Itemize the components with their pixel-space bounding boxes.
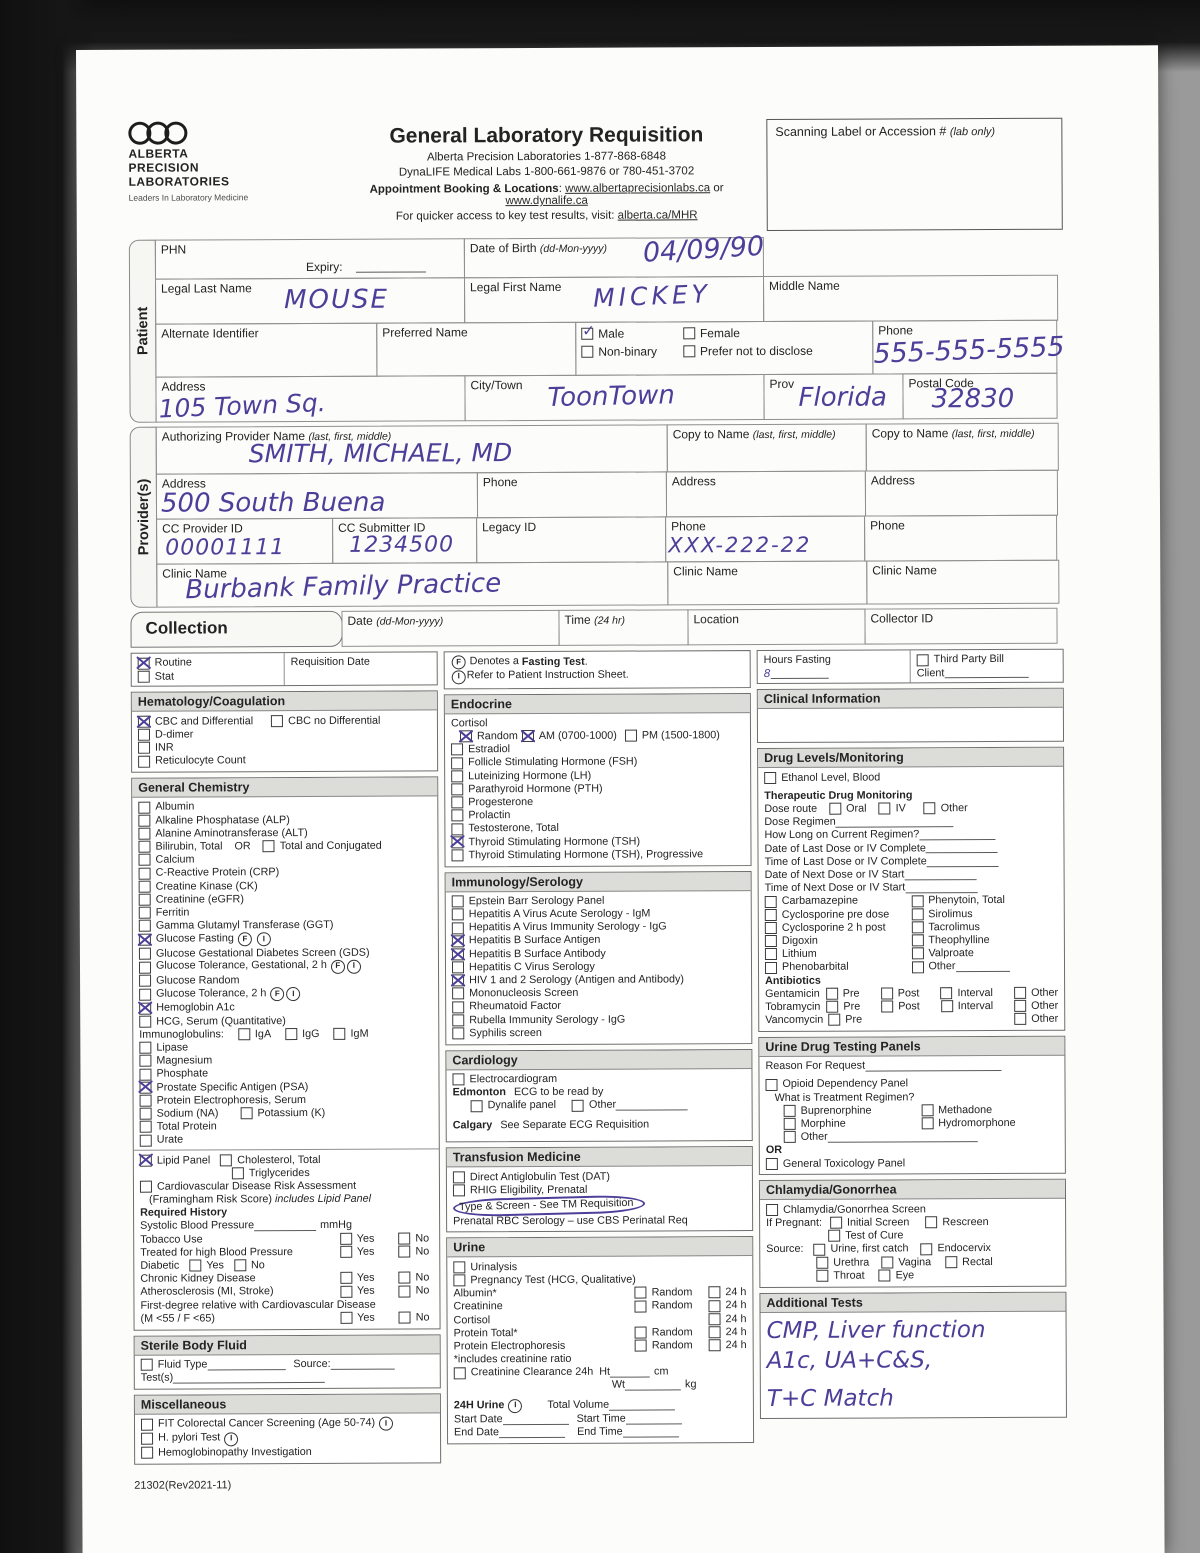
copy1-name-field[interactable]: Copy to Name (last, first, middle) — [667, 424, 867, 473]
blank-line[interactable] — [173, 1372, 325, 1384]
label: Estradiol — [468, 743, 510, 756]
label: Other — [928, 961, 955, 974]
unchecked-checkbox[interactable] — [138, 755, 150, 767]
unchecked-checkbox[interactable] — [572, 1099, 584, 1111]
preferred-name-field[interactable]: Preferred Name — [376, 322, 576, 377]
unchecked-checkbox[interactable] — [784, 1131, 796, 1143]
label: Hepatitis C Virus Serology — [469, 961, 595, 974]
row-systolic-blood-pressure: Systolic Blood PressuremmHg — [140, 1219, 433, 1233]
copy2-phone-field[interactable]: Phone — [864, 515, 1057, 562]
unchecked-checkbox[interactable] — [452, 1074, 464, 1086]
label: Carbamazepine — [782, 895, 858, 908]
row-magnesium: Magnesium — [139, 1053, 432, 1067]
unchecked-checkbox[interactable] — [452, 1001, 464, 1013]
patient-phone-field[interactable]: Phone 555-555-5555 — [872, 320, 1057, 375]
unchecked-checkbox[interactable] — [451, 783, 463, 795]
label: 24H Urine — [454, 1399, 507, 1412]
spacer — [215, 1318, 340, 1319]
unchecked-checkbox[interactable] — [139, 1016, 151, 1028]
row-syphilis-screen: Syphilis screen — [452, 1026, 745, 1040]
unchecked-checkbox[interactable] — [139, 989, 151, 1001]
expiry-blank[interactable] — [356, 261, 426, 272]
blank-line[interactable] — [331, 1358, 395, 1369]
label: Creatine Kinase (CK) — [156, 880, 258, 893]
unchecked-checkbox[interactable] — [826, 988, 838, 1000]
unchecked-checkbox[interactable] — [139, 867, 151, 879]
unchecked-checkbox[interactable] — [340, 1285, 352, 1297]
authorizing-provider-field[interactable]: Authorizing Provider Name (last, first, … — [156, 424, 668, 474]
row-dynalife-panel: Dynalife panelOther — [453, 1098, 746, 1112]
unchecked-checkbox[interactable] — [141, 1433, 153, 1445]
label: *includes creatinine ratio — [454, 1353, 572, 1366]
split-subcolumn: Hours Fasting8 — [758, 650, 910, 683]
unchecked-checkbox[interactable] — [879, 803, 891, 815]
unchecked-checkbox[interactable] — [709, 1339, 721, 1351]
unchecked-checkbox[interactable] — [765, 935, 777, 947]
row-hepatitis-b-surface-antibody: Hepatitis B Surface Antibody — [452, 946, 745, 960]
row-diabetic: DiabeticYesNo — [140, 1258, 433, 1272]
checked-checkbox[interactable] — [140, 1154, 152, 1166]
unchecked-checkbox[interactable] — [399, 1272, 411, 1284]
gender-female-option[interactable]: Female — [683, 326, 813, 341]
unchecked-checkbox[interactable] — [879, 1269, 891, 1281]
copy2-name-field[interactable]: Copy to Name (last, first, middle) — [866, 423, 1059, 472]
label: Opioid Dependency Panel — [782, 1078, 908, 1091]
patient-address-field[interactable]: Address 105 Town Sq. — [155, 375, 465, 422]
label: OR — [766, 1144, 782, 1157]
unchecked-checkbox[interactable] — [925, 1216, 937, 1228]
unchecked-checkbox[interactable] — [138, 828, 150, 840]
unchecked-checkbox[interactable] — [911, 921, 923, 933]
unchecked-checkbox[interactable] — [140, 1108, 152, 1120]
unchecked-checkbox[interactable] — [454, 1367, 466, 1379]
label: Hemoglobinopathy Investigation — [158, 1446, 312, 1459]
unchecked-checkbox[interactable] — [453, 1184, 465, 1196]
label: Endocervix — [937, 1242, 990, 1255]
legacy-id-field[interactable]: Legacy ID — [476, 516, 666, 563]
unchecked-checkbox[interactable] — [452, 988, 464, 1000]
label — [291, 670, 294, 683]
unchecked-checkbox[interactable] — [138, 841, 150, 853]
unchecked-checkbox[interactable] — [828, 1230, 840, 1242]
dob-field[interactable]: Date of Birth (dd-Mon-yyyy) 04/09/90 — [464, 237, 764, 278]
unchecked-checkbox[interactable] — [238, 1028, 250, 1040]
row-test-s: Test(s) — [141, 1370, 434, 1384]
blank-line[interactable] — [503, 1414, 569, 1425]
unchecked-checkbox[interactable] — [1014, 987, 1026, 999]
unchecked-checkbox[interactable] — [263, 840, 275, 852]
unchecked-checkbox[interactable] — [829, 803, 841, 815]
unchecked-checkbox[interactable] — [139, 961, 151, 973]
female-checkbox[interactable] — [683, 327, 695, 339]
label: Stat — [155, 670, 174, 683]
prefer-not-checkbox[interactable] — [683, 345, 695, 357]
checked-checkbox[interactable] — [522, 730, 534, 742]
unchecked-checkbox[interactable] — [881, 987, 893, 999]
row-date-of-last-dose-or-iv-complete: Date of Last Dose or IV Complete — [764, 841, 1057, 855]
unchecked-checkbox[interactable] — [141, 1359, 153, 1371]
unchecked-checkbox[interactable] — [340, 1272, 352, 1284]
blank-line[interactable] — [609, 1399, 675, 1410]
label: Gentamicin — [765, 987, 820, 1000]
unchecked-checkbox[interactable] — [139, 907, 151, 919]
label: Creatinine (eGFR) — [156, 893, 244, 906]
unchecked-checkbox[interactable] — [826, 1001, 838, 1013]
unchecked-checkbox[interactable] — [139, 948, 151, 960]
split-subcolumn: Requisition Date — [284, 652, 437, 685]
clinic-name-field[interactable]: Clinic Name Burbank Family Practice — [156, 561, 668, 607]
unchecked-checkbox[interactable] — [471, 1100, 483, 1112]
collection-date-field[interactable]: Date (dd-Mon-yyyy) — [341, 610, 559, 647]
unchecked-checkbox[interactable] — [635, 1300, 647, 1312]
checked-checkbox[interactable] — [138, 657, 150, 669]
blank-line[interactable] — [919, 829, 995, 840]
blank-line[interactable] — [926, 842, 998, 853]
unchecked-checkbox[interactable] — [635, 1287, 647, 1299]
unchecked-checkbox[interactable] — [340, 1233, 352, 1245]
copy2-clinic-field[interactable]: Clinic Name — [866, 560, 1059, 605]
unchecked-checkbox[interactable] — [451, 810, 463, 822]
unchecked-checkbox[interactable] — [398, 1246, 410, 1258]
unchecked-checkbox[interactable] — [453, 1171, 465, 1183]
label: Total Volume — [547, 1399, 609, 1412]
unchecked-checkbox[interactable] — [399, 1285, 411, 1297]
unchecked-checkbox[interactable] — [917, 654, 929, 666]
scanned-form-paper: ALBERTA PRECISION LABORATORIES Leaders I… — [76, 45, 1165, 1553]
unchecked-checkbox[interactable] — [921, 1104, 933, 1116]
row-ferritin: Ferritin — [139, 905, 432, 919]
nonbinary-checkbox[interactable] — [581, 346, 593, 358]
unchecked-checkbox[interactable] — [334, 1028, 346, 1040]
handwriting: 8 — [764, 668, 771, 681]
location-field[interactable]: Location — [687, 609, 865, 646]
label: Calgary — [453, 1119, 493, 1132]
unchecked-checkbox[interactable] — [765, 962, 777, 974]
copy2-address-field[interactable]: Address — [865, 470, 1058, 517]
unchecked-checkbox[interactable] — [138, 670, 150, 682]
gender-male-option[interactable]: ✓ Male — [581, 326, 657, 340]
row-therapeutic-drug-monitoring: Therapeutic Drug Monitoring — [764, 788, 1057, 802]
middle-name-field[interactable]: Middle Name — [763, 275, 1058, 322]
unchecked-checkbox[interactable] — [139, 894, 151, 906]
label: Protein Total* — [454, 1327, 518, 1340]
label: Eye — [896, 1269, 915, 1282]
postal-code-field[interactable]: Postal Code 32830 — [902, 373, 1057, 420]
unchecked-checkbox[interactable] — [816, 1270, 828, 1282]
blank-line[interactable] — [944, 667, 1028, 678]
unchecked-checkbox[interactable] — [452, 1014, 464, 1026]
unchecked-checkbox[interactable] — [911, 961, 923, 973]
copy1-clinic-field[interactable]: Clinic Name — [667, 561, 867, 606]
checked-checkbox[interactable] — [452, 935, 464, 947]
unchecked-checkbox[interactable] — [285, 1028, 297, 1040]
unchecked-checkbox[interactable] — [139, 1055, 151, 1067]
row-glucose-tolerance-2-h: Glucose Tolerance, 2 h FI — [139, 986, 432, 1002]
label: (Framingham Risk Score) — [149, 1193, 275, 1206]
unchecked-checkbox[interactable] — [240, 1107, 252, 1119]
provider-phone-field[interactable]: Phone — [477, 471, 667, 518]
handwriting: CMP, Liver function — [767, 1315, 986, 1346]
label: Cyclosporine pre dose — [782, 908, 889, 921]
unchecked-checkbox[interactable] — [452, 961, 464, 973]
last-name-field[interactable]: Legal Last Name MOUSE — [155, 277, 465, 324]
row-estradiol: Estradiol — [451, 742, 744, 756]
unchecked-checkbox[interactable] — [271, 715, 283, 727]
unchecked-checkbox[interactable] — [451, 757, 463, 769]
city-field[interactable]: City/Town ToonTown — [464, 374, 764, 421]
row-gentamicin: GentamicinPrePostIntervalOther — [765, 986, 1058, 1000]
unchecked-checkbox[interactable] — [816, 1257, 828, 1269]
blank-line[interactable] — [254, 1220, 316, 1231]
blank-line[interactable] — [865, 1060, 1001, 1072]
unchecked-checkbox[interactable] — [220, 1154, 232, 1166]
patient-phone-handwriting: 555-555-5555 — [873, 331, 1065, 369]
unchecked-checkbox[interactable] — [399, 1312, 411, 1324]
unchecked-checkbox[interactable] — [140, 1134, 152, 1146]
row-creatine-kinase-ck: Creatine Kinase (CK) — [139, 879, 432, 893]
unchecked-checkbox[interactable] — [709, 1326, 721, 1338]
unchecked-checkbox[interactable] — [945, 1256, 957, 1268]
collection-time-field[interactable]: Time (24 hr) — [558, 609, 688, 646]
unchecked-checkbox[interactable] — [765, 896, 777, 908]
label: Potassium (K) — [257, 1107, 325, 1120]
booking-label: Appointment Booking & Locations — [370, 183, 559, 196]
unchecked-checkbox[interactable] — [881, 1256, 893, 1268]
unchecked-checkbox[interactable] — [138, 801, 150, 813]
label: Luteinizing Hormone (LH) — [468, 769, 591, 782]
label: Magnesium — [156, 1055, 212, 1068]
unchecked-checkbox[interactable] — [234, 1260, 246, 1272]
section-general_chemistry: General ChemistryAlbuminAlkaline Phospha… — [131, 777, 440, 1331]
unchecked-checkbox[interactable] — [635, 1340, 647, 1352]
prov-field[interactable]: Prov Florida — [763, 373, 903, 420]
unchecked-checkbox[interactable] — [941, 987, 953, 999]
label: Immunoglobulins: — [139, 1028, 224, 1041]
unchecked-checkbox[interactable] — [784, 1118, 796, 1130]
unchecked-checkbox[interactable] — [1014, 1000, 1026, 1012]
checked-checkbox[interactable] — [460, 731, 472, 743]
blank-line[interactable] — [956, 961, 1010, 972]
unchecked-checkbox[interactable] — [139, 975, 151, 987]
label: Total and Conjugated — [280, 840, 382, 853]
checked-checkbox[interactable] — [139, 1002, 151, 1014]
label: No — [416, 1311, 430, 1324]
pen-checkmark: ✓ — [582, 322, 595, 340]
unchecked-checkbox[interactable] — [140, 1181, 152, 1193]
checked-checkbox[interactable] — [138, 716, 150, 728]
copy1-address-field[interactable]: Address — [666, 471, 866, 518]
unchecked-checkbox[interactable] — [911, 895, 923, 907]
blank-line[interactable] — [771, 668, 829, 679]
blank-line[interactable] — [625, 1380, 681, 1391]
label: Triglycerides — [249, 1167, 310, 1180]
provider-address-field[interactable]: Address 500 South Buena — [156, 472, 478, 519]
label: HIV 1 and 2 Serology (Antigen and Antibo… — [469, 973, 684, 986]
unchecked-checkbox[interactable] — [625, 730, 637, 742]
checked-checkbox[interactable] — [452, 948, 464, 960]
row-lipid-panel: Lipid PanelCholesterol, Total — [140, 1153, 433, 1167]
unchecked-checkbox[interactable] — [139, 854, 151, 866]
unchecked-checkbox[interactable] — [911, 948, 923, 960]
checked-checkbox[interactable] — [139, 934, 151, 946]
label: Glucose Fasting F I — [156, 932, 272, 947]
label: CBC and Differential — [155, 715, 253, 728]
unchecked-checkbox[interactable] — [881, 1001, 893, 1013]
unchecked-checkbox[interactable] — [398, 1232, 410, 1244]
unchecked-checkbox[interactable] — [139, 1068, 151, 1080]
label: Reticulocyte Count — [155, 755, 246, 768]
label: Rectal — [962, 1256, 993, 1269]
label: Prostate Specific Antigen (PSA) — [157, 1081, 309, 1094]
row-buprenorphine: BuprenorphineMethadone — [766, 1103, 1059, 1117]
gender-nonbinary-option[interactable]: Non-binary — [581, 344, 657, 358]
checked-checkbox[interactable] — [452, 975, 464, 987]
unchecked-checkbox[interactable] — [141, 1447, 153, 1459]
section-misc: MiscellaneousFIT Colorectal Cancer Scree… — [134, 1393, 441, 1464]
unchecked-checkbox[interactable] — [813, 1243, 825, 1255]
row-time-of-last-dose-or-iv-complete: Time of Last Dose or IV Complete — [765, 854, 1058, 868]
unchecked-checkbox[interactable] — [140, 1121, 152, 1133]
unchecked-checkbox[interactable] — [452, 922, 464, 934]
booking-link-dynalife[interactable]: www.dynalife.ca — [505, 195, 588, 207]
unchecked-checkbox[interactable] — [139, 881, 151, 893]
label: Random — [652, 1286, 693, 1299]
unchecked-checkbox[interactable] — [453, 1275, 465, 1287]
collector-id-field[interactable]: Collector ID — [864, 608, 1057, 645]
row-framingham-risk-score: (Framingham Risk Score) includes Lipid P… — [140, 1192, 433, 1206]
label: Other — [941, 802, 968, 815]
section-header-endocrine: Endocrine — [445, 694, 750, 714]
unchecked-checkbox[interactable] — [708, 1287, 720, 1299]
mhr-link[interactable]: alberta.ca/MHR — [618, 209, 698, 221]
blank-line[interactable] — [626, 1413, 682, 1424]
split-subcolumn: Third Party BillClient — [910, 650, 1063, 683]
label: IgG — [302, 1028, 319, 1041]
row-requisition-date: Requisition Date — [291, 655, 431, 669]
unchecked-checkbox[interactable] — [911, 908, 923, 920]
unchecked-checkbox[interactable] — [139, 920, 151, 932]
section-transfusion: Transfusion MedicineDirect Antiglobulin … — [446, 1146, 753, 1232]
unchecked-checkbox[interactable] — [189, 1260, 201, 1272]
row-triglycerides: Triglycerides — [140, 1166, 433, 1180]
unchecked-checkbox[interactable] — [941, 1000, 953, 1012]
unchecked-checkbox[interactable] — [635, 1326, 647, 1338]
unchecked-checkbox[interactable] — [828, 1014, 840, 1026]
unchecked-checkbox[interactable] — [452, 909, 464, 921]
booking-or: or — [713, 182, 723, 194]
checked-checkbox[interactable] — [451, 836, 463, 848]
unchecked-checkbox[interactable] — [452, 895, 464, 907]
unchecked-checkbox[interactable] — [708, 1300, 720, 1312]
clinic-name-handwriting: Burbank Family Practice — [185, 568, 501, 605]
label: Fluid Type — [158, 1358, 208, 1371]
unchecked-checkbox[interactable] — [138, 742, 150, 754]
unchecked-checkbox[interactable] — [451, 770, 463, 782]
spacer — [497, 1293, 635, 1294]
label: Ht — [599, 1366, 610, 1379]
blank-line[interactable] — [207, 1359, 285, 1370]
unchecked-checkbox[interactable] — [452, 1027, 464, 1039]
label: Yes — [357, 1246, 375, 1259]
label: Progesterone — [468, 796, 533, 809]
cc-submitter-id-field[interactable]: CC Submitter ID 1234500 — [332, 517, 477, 564]
unchecked-checkbox[interactable] — [764, 772, 776, 784]
label: Yes — [357, 1285, 375, 1298]
first-name-field[interactable]: Legal First Name MICKEY — [464, 276, 764, 323]
blank-line[interactable] — [623, 1426, 679, 1437]
unchecked-checkbox[interactable] — [924, 803, 936, 815]
label: Lithium — [782, 948, 817, 961]
alternate-identifier-field[interactable]: Alternate Identifier — [155, 323, 377, 378]
unchecked-checkbox[interactable] — [766, 1204, 778, 1216]
unchecked-checkbox[interactable] — [709, 1313, 721, 1325]
blank-line[interactable] — [905, 882, 977, 893]
row-treated-for-high-blood-pressure: Treated for high Blood PressureYesNo — [140, 1245, 433, 1259]
unchecked-checkbox[interactable] — [138, 815, 150, 827]
unchecked-checkbox[interactable] — [451, 849, 463, 861]
unchecked-checkbox[interactable] — [1014, 1013, 1026, 1025]
phn-field[interactable]: PHN Expiry: — [155, 238, 465, 279]
unchecked-checkbox[interactable] — [921, 1118, 933, 1130]
checked-checkbox[interactable] — [140, 1082, 152, 1094]
cc-provider-id-field[interactable]: CC Provider ID 00001111 — [156, 518, 333, 565]
unchecked-checkbox[interactable] — [140, 1095, 152, 1107]
label: Syphilis screen — [469, 1027, 542, 1040]
blank-line[interactable] — [904, 869, 976, 880]
unchecked-checkbox[interactable] — [784, 1105, 796, 1117]
unchecked-checkbox[interactable] — [138, 729, 150, 741]
row-glucose-gestational-diabetes-screen-gds: Glucose Gestational Diabetes Screen (GDS… — [139, 946, 432, 960]
unchecked-checkbox[interactable] — [765, 909, 777, 921]
unchecked-checkbox[interactable] — [141, 1419, 153, 1431]
unchecked-checkbox[interactable] — [232, 1167, 244, 1179]
unchecked-checkbox[interactable] — [451, 797, 463, 809]
unchecked-checkbox[interactable] — [340, 1246, 352, 1258]
label: RHIG Eligibility, Prenatal — [470, 1184, 587, 1197]
unchecked-checkbox[interactable] — [920, 1243, 932, 1255]
gender-prefer-option[interactable]: Prefer not to disclose — [683, 344, 813, 359]
blank-line[interactable] — [836, 816, 954, 828]
unchecked-checkbox[interactable] — [451, 744, 463, 756]
blank-line[interactable] — [927, 856, 999, 867]
blank-line[interactable] — [616, 1099, 688, 1110]
unchecked-checkbox[interactable] — [451, 823, 463, 835]
row-cardiovascular-disease-risk-assessment: Cardiovascular Disease Risk Assessment — [140, 1179, 433, 1193]
blank-line[interactable] — [499, 1427, 565, 1438]
unchecked-checkbox[interactable] — [766, 1158, 778, 1170]
dob-handwriting: 04/09/90 — [642, 231, 765, 269]
unchecked-checkbox[interactable] — [453, 1261, 465, 1273]
copy1-phone-field[interactable]: Phone XXX-222-22 — [665, 516, 865, 563]
blank-line[interactable] — [828, 1131, 978, 1143]
male-checkbox-checked[interactable]: ✓ — [581, 328, 593, 340]
unchecked-checkbox[interactable] — [830, 1217, 842, 1229]
cc-provider-id-handwriting: 00001111 — [165, 535, 285, 561]
unchecked-checkbox[interactable] — [340, 1312, 352, 1324]
row-protein-total: Protein Total*Random24 h — [454, 1325, 747, 1339]
circle-fasting-icon: F — [270, 987, 284, 1001]
booking-link-apl[interactable]: www.albertaprecisionlabs.ca — [565, 182, 710, 195]
label: Alanine Aminotransferase (ALT) — [155, 827, 307, 840]
unchecked-checkbox[interactable] — [765, 922, 777, 934]
unchecked-checkbox[interactable] — [139, 1042, 151, 1054]
three-rings-logo-icon — [128, 121, 336, 145]
unchecked-checkbox[interactable] — [911, 935, 923, 947]
unchecked-checkbox[interactable] — [765, 1079, 777, 1091]
blank-line[interactable] — [610, 1367, 650, 1378]
unchecked-checkbox[interactable] — [765, 948, 777, 960]
label: 24 h — [726, 1326, 747, 1339]
